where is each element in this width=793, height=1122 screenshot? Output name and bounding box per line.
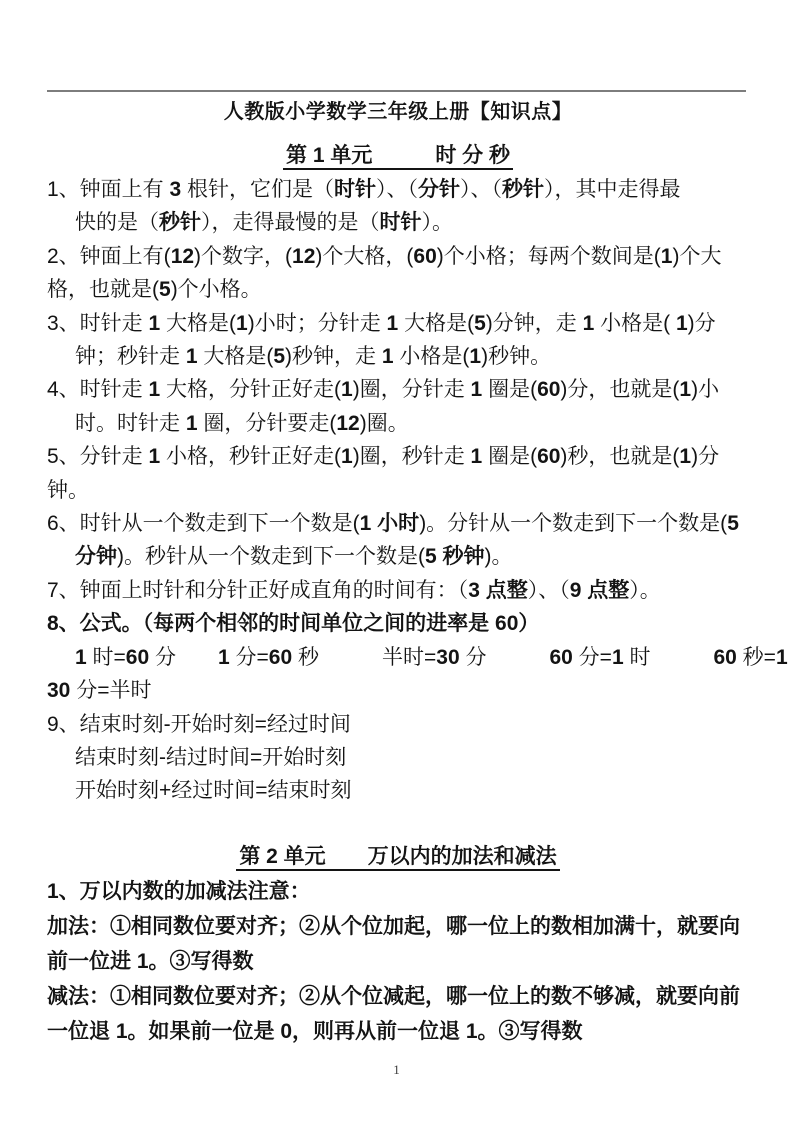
section: 第 1 单元 时 分 秒1、钟面上有 3 根针，它们是（时针）、（分针）、（秒针… xyxy=(47,139,749,808)
text-line: 时。时针走 1 圈，分针要走(12)圈。 xyxy=(47,407,749,440)
text-line: 1、钟面上有 3 根针，它们是（时针）、（分针）、（秒针），其中走得最 xyxy=(47,173,749,206)
document-content: 人教版小学数学三年级上册【知识点】 第 1 单元 时 分 秒1、钟面上有 3 根… xyxy=(47,96,749,1049)
document-page: 人教版小学数学三年级上册【知识点】 第 1 单元 时 分 秒1、钟面上有 3 根… xyxy=(0,0,793,1122)
section: 第 2 单元 万以内的加法和减法1、万以内数的加减法注意：加法：①相同数位要对齐… xyxy=(47,840,749,1049)
text-line: 30 分=半时 xyxy=(47,674,749,707)
text-line: 5、分针走 1 小格，秒针正好走(1)圈，秒针走 1 圈是(60)秒，也就是(1… xyxy=(47,440,749,473)
text-line: 7、钟面上时针和分针正好成直角的时间有：（3 点整）、（9 点整）。 xyxy=(47,574,749,607)
text-line: 3、时针走 1 大格是(1)小时；分针走 1 大格是(5)分钟，走 1 小格是(… xyxy=(47,307,749,340)
page-number: 1 xyxy=(0,1062,793,1078)
text-line: 1 时=60 分 1 分=60 秒 半时=30 分 60 分=1 时 60 秒=… xyxy=(47,641,749,674)
text-line: 格，也就是(5)个小格。 xyxy=(47,273,749,306)
text-line: 9、结束时刻-开始时刻=经过时间 xyxy=(47,708,749,741)
text-line: 2、钟面上有(12)个数字，(12)个大格，(60)个小格；每两个数间是(1)个… xyxy=(47,240,749,273)
document-title: 人教版小学数学三年级上册【知识点】 xyxy=(47,96,749,129)
text-line: 1、万以内数的加减法注意： xyxy=(47,874,749,909)
text-line: 结束时刻-结过时间=开始时刻 xyxy=(47,741,749,774)
text-line: 一位退 1。如果前一位是 0，则再从前一位退 1。③写得数 xyxy=(47,1014,749,1049)
text-line: 钟。 xyxy=(47,474,749,507)
section-heading: 第 2 单元 万以内的加法和减法 xyxy=(47,840,749,874)
section-heading: 第 1 单元 时 分 秒 xyxy=(47,139,749,173)
text-line: 6、时针从一个数走到下一个数是(1 小时)。分针从一个数走到下一个数是(5 xyxy=(47,507,749,540)
text-line: 钟；秒针走 1 大格是(5)秒钟，走 1 小格是(1)秒钟。 xyxy=(47,340,749,373)
header-rule xyxy=(47,90,746,92)
text-line: 4、时针走 1 大格，分针正好走(1)圈，分针走 1 圈是(60)分，也就是(1… xyxy=(47,373,749,406)
text-line: 快的是（秒针），走得最慢的是（时针）。 xyxy=(47,206,749,239)
text-line: 前一位进 1。③写得数 xyxy=(47,944,749,979)
text-line: 开始时刻+经过时间=结束时刻 xyxy=(47,774,749,807)
text-line: 8、公式。（每两个相邻的时间单位之间的进率是 60） xyxy=(47,607,749,640)
text-line: 加法：①相同数位要对齐；②从个位加起，哪一位上的数相加满十，就要向 xyxy=(47,909,749,944)
text-line: 分钟)。秒针从一个数走到下一个数是(5 秒钟)。 xyxy=(47,540,749,573)
document-sections: 第 1 单元 时 分 秒1、钟面上有 3 根针，它们是（时针）、（分针）、（秒针… xyxy=(47,139,749,1049)
text-line: 减法：①相同数位要对齐；②从个位减起，哪一位上的数不够减，就要向前 xyxy=(47,979,749,1014)
